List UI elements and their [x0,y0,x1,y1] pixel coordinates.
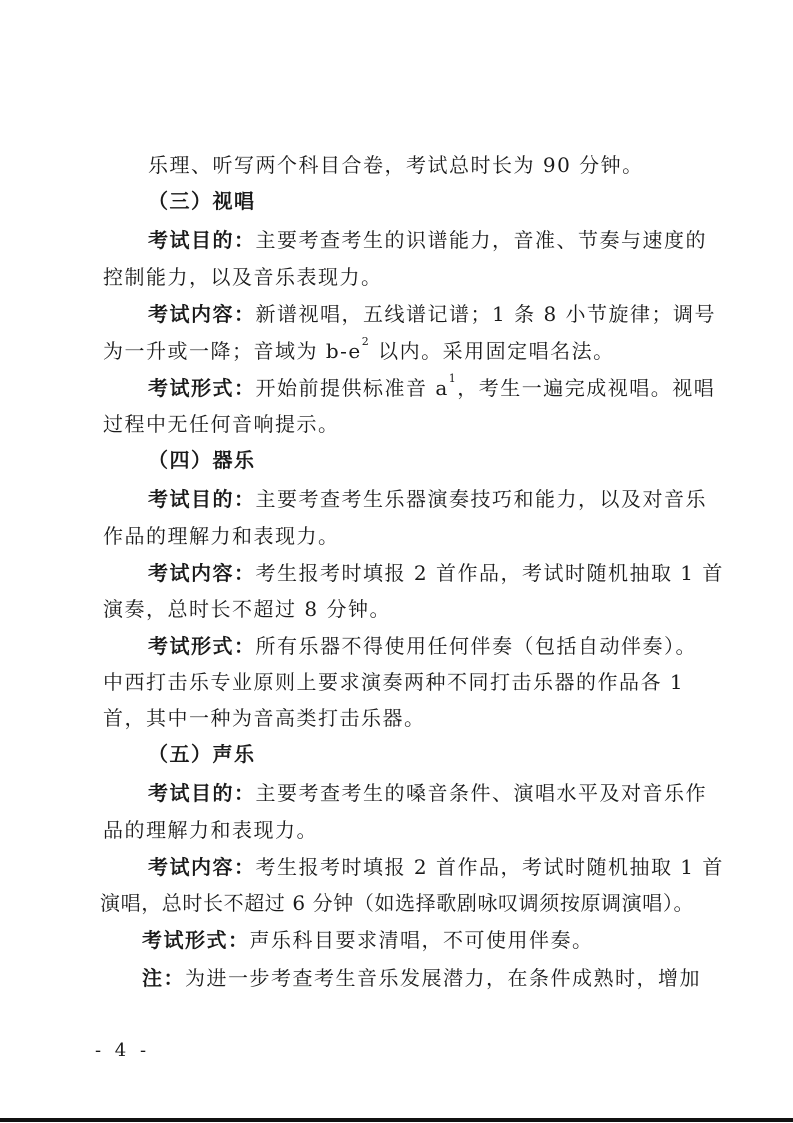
text: 主要考查考生的嗓音条件、演唱水平及对音乐作 [256,781,708,805]
label-exam-goal: 考试目的： [148,781,256,805]
section-heading-vocal: （五）声乐 [148,742,256,766]
paragraph-line: 品的理解力和表现力。 [103,818,318,842]
label-exam-form: 考试形式： [148,376,256,400]
text: 所有乐器不得使用任何伴奏（包括自动伴奏）。 [256,634,698,658]
paragraph-line: 考试内容：考生报考时填报 2 首作品，考试时随机抽取 1 首 [148,855,724,879]
paragraph-line: 考试目的：主要考查考生乐器演奏技巧和能力，以及对音乐 [148,487,707,511]
paragraph-line: 过程中无任何音响提示。 [103,412,340,436]
label-exam-form: 考试形式： [148,634,256,658]
paragraph-line: 考试形式：开始前提供标准音 a1，考生一遍完成视唱。视唱 [148,376,715,400]
label-exam-form: 考试形式： [142,928,250,952]
text: 声乐科目要求清唱，不可使用伴奏。 [250,928,594,952]
text: 主要考查考生的识谱能力，音准、节奏与速度的 [256,228,708,252]
text: 为一升或一降；音域为 b-e [103,339,362,363]
label-exam-content: 考试内容： [148,855,256,879]
text: ，考生一遍完成视唱。视唱 [457,376,715,400]
paragraph-line: 考试目的：主要考查考生的嗓音条件、演唱水平及对音乐作 [148,781,707,805]
paragraph-line: 作品的理解力和表现力。 [103,524,340,548]
paragraph-line: 考试内容：新谱视唱，五线谱记谱；1 条 8 小节旋律；调号 [148,302,716,326]
paragraph-line: 考试目的：主要考查考生的识谱能力，音准、节奏与速度的 [148,228,707,252]
label-note: 注： [142,966,185,990]
paragraph-line: 中西打击乐专业原则上要求演奏两种不同打击乐器的作品各 1 [103,670,684,694]
paragraph-line: 演奏，总时长不超过 8 分钟。 [103,597,391,621]
text: 以内。采用固定唱名法。 [370,339,614,363]
section-heading-instrumental: （四）器乐 [148,448,256,472]
text: 考生报考时填报 2 首作品，考试时随机抽取 1 首 [256,855,724,879]
paragraph-line: 首，其中一种为音高类打击乐器。 [103,706,426,730]
bottom-border-rule [0,1118,793,1122]
text: 为进一步考查考生音乐发展潜力，在条件成熟时，增加 [185,966,701,990]
page-number: - 4 - [95,1040,150,1061]
text: 新谱视唱，五线谱记谱；1 条 8 小节旋律；调号 [256,302,717,326]
paragraph-line: 注：为进一步考查考生音乐发展潜力，在条件成熟时，增加 [142,966,701,990]
superscript: 1 [449,372,458,385]
superscript: 2 [362,335,371,348]
label-exam-content: 考试内容： [148,561,256,585]
text: 开始前提供标准音 a [256,376,449,400]
label-exam-content: 考试内容： [148,302,256,326]
section-heading-sight-singing: （三）视唱 [148,189,256,213]
paragraph-line: 考试形式：所有乐器不得使用任何伴奏（包括自动伴奏）。 [148,634,697,658]
paragraph-line: 乐理、听写两个科目合卷，考试总时长为 90 分钟。 [148,153,644,177]
paragraph-line: 演唱，总时长不超过 6 分钟（如选择歌剧咏叹调须按原调演唱）。 [100,891,694,915]
text: 主要考查考生乐器演奏技巧和能力，以及对音乐 [256,487,708,511]
paragraph-line: 为一升或一降；音域为 b-e2 以内。采用固定唱名法。 [103,339,615,363]
label-exam-goal: 考试目的： [148,487,256,511]
label-exam-goal: 考试目的： [148,228,256,252]
paragraph-line: 控制能力，以及音乐表现力。 [103,265,383,289]
paragraph-line: 考试形式：声乐科目要求清唱，不可使用伴奏。 [142,928,594,952]
paragraph-line: 考试内容：考生报考时填报 2 首作品，考试时随机抽取 1 首 [148,561,724,585]
text: 考生报考时填报 2 首作品，考试时随机抽取 1 首 [256,561,724,585]
